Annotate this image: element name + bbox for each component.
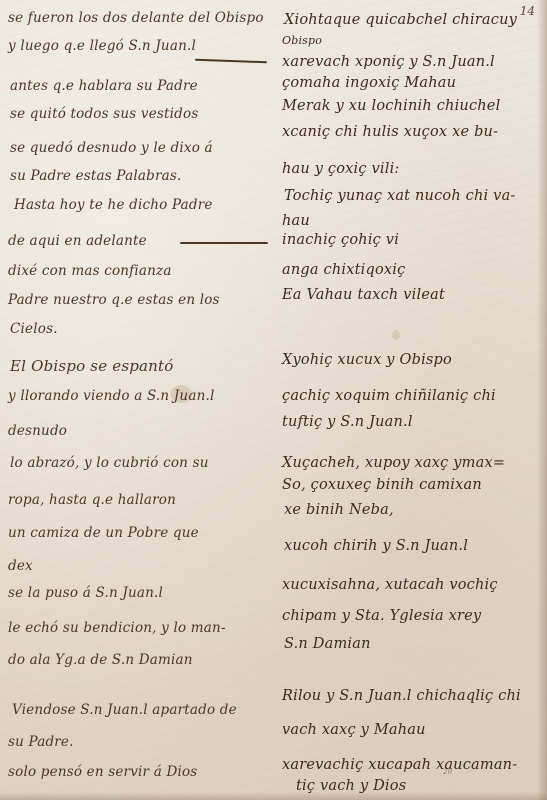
text-line: anga chixtiqoxiç <box>282 262 405 278</box>
text-line: xe binih Neba, <box>284 502 394 518</box>
text-line: le echó su bendicion, y lo man- <box>8 620 226 636</box>
text-line: antes q.e hablara su Padre <box>10 78 198 94</box>
folio-number: 14 <box>520 4 535 18</box>
text-line: So, çoxuxeç binih camixan <box>282 477 482 493</box>
text-line: xucuxisahna, xutacah vochiç <box>282 577 498 593</box>
text-line: dixé con mas confianza <box>8 263 172 279</box>
text-line: Hasta hoy te he dicho Padre <box>14 197 213 213</box>
text-line: y llorando viendo a S.n Juan.l <box>8 388 214 404</box>
text-line: Viendose S.n Juan.l apartado de <box>12 702 237 718</box>
text-line: tiç vach y Dios <box>296 778 406 794</box>
text-line: solo pensó en servir á Dios <box>8 764 197 780</box>
text-line: lo abrazó, y lo cubrió con su <box>10 455 209 471</box>
text-line: do ala Yg.a de S.n Damian <box>8 652 193 668</box>
text-line: El Obispo se espantó <box>10 357 174 375</box>
text-line: dex <box>8 558 33 574</box>
text-line: y luego q.e llegó S.n Juan.l <box>8 38 196 54</box>
text-line: xcaniç chi hulis xuçox xe bu- <box>282 124 498 140</box>
text-line: Ea Vahau taxch vileat <box>282 287 445 303</box>
text-line: çomaha ingoxiç Mahau <box>282 75 456 91</box>
text-line: su Padre. <box>8 734 74 750</box>
text-line: se la puso á S.n Juan.l <box>8 585 163 601</box>
text-line: xarevachiç xucapah xaucaman- <box>282 757 517 773</box>
text-line: un camiza de un Pobre que <box>8 525 199 541</box>
marginal-note: 20 <box>443 768 452 776</box>
text-line: ropa, hasta q.e hallaron <box>8 492 176 508</box>
text-line: S.n Damian <box>284 636 371 652</box>
text-line: chipam y Sta. Yglesia xrey <box>282 608 481 624</box>
text-line: de aqui en adelante <box>8 233 147 249</box>
text-line: xucoh chirih y S.n Juan.l <box>284 538 468 554</box>
line-filler-stroke <box>180 242 268 244</box>
text-line: xarevach xponiç y S.n Juan.l <box>282 54 495 70</box>
text-line: se quedó desnudo y le dixo á <box>10 140 213 156</box>
text-line: se quitó todos sus vestidos <box>10 106 198 122</box>
text-line: Merak y xu lochinih chiuchel <box>282 98 500 114</box>
paper-stain <box>392 330 400 340</box>
text-line: su Padre estas Palabras. <box>10 168 181 184</box>
text-line: çachiç xoquim chiñilaniç chi <box>282 388 496 404</box>
page-edge-shadow <box>537 0 547 800</box>
manuscript-page: 14 se fueron los dos delante del Obispo … <box>0 0 547 800</box>
text-line: vach xaxç y Mahau <box>282 722 426 738</box>
text-line: Padre nuestro q.e estas en los <box>8 292 220 308</box>
text-line: se fueron los dos delante del Obispo <box>8 10 264 26</box>
line-filler-stroke <box>195 59 267 63</box>
text-line: Rilou y S.n Juan.l chichaqliç chi <box>282 688 521 704</box>
text-line: Obispo <box>282 34 322 47</box>
text-line: hau <box>282 213 310 229</box>
text-line: hau y çoxiç vili: <box>282 161 400 177</box>
text-line: desnudo <box>8 423 67 439</box>
text-line: Cielos. <box>10 321 58 337</box>
page-bottom-shadow <box>0 792 547 800</box>
text-line: inachiç çohiç vi <box>282 232 399 248</box>
text-line: Xyohiç xucux y Obispo <box>282 352 452 368</box>
text-line: tuftiç y S.n Juan.l <box>282 414 413 430</box>
text-line: Xiohtaque quicabchel chiracuy <box>284 12 517 28</box>
text-line: Tochiç yunaç xat nucoh chi va- <box>284 188 516 204</box>
text-line: Xuçacheh, xupoy xaxç ymax= <box>282 455 505 471</box>
